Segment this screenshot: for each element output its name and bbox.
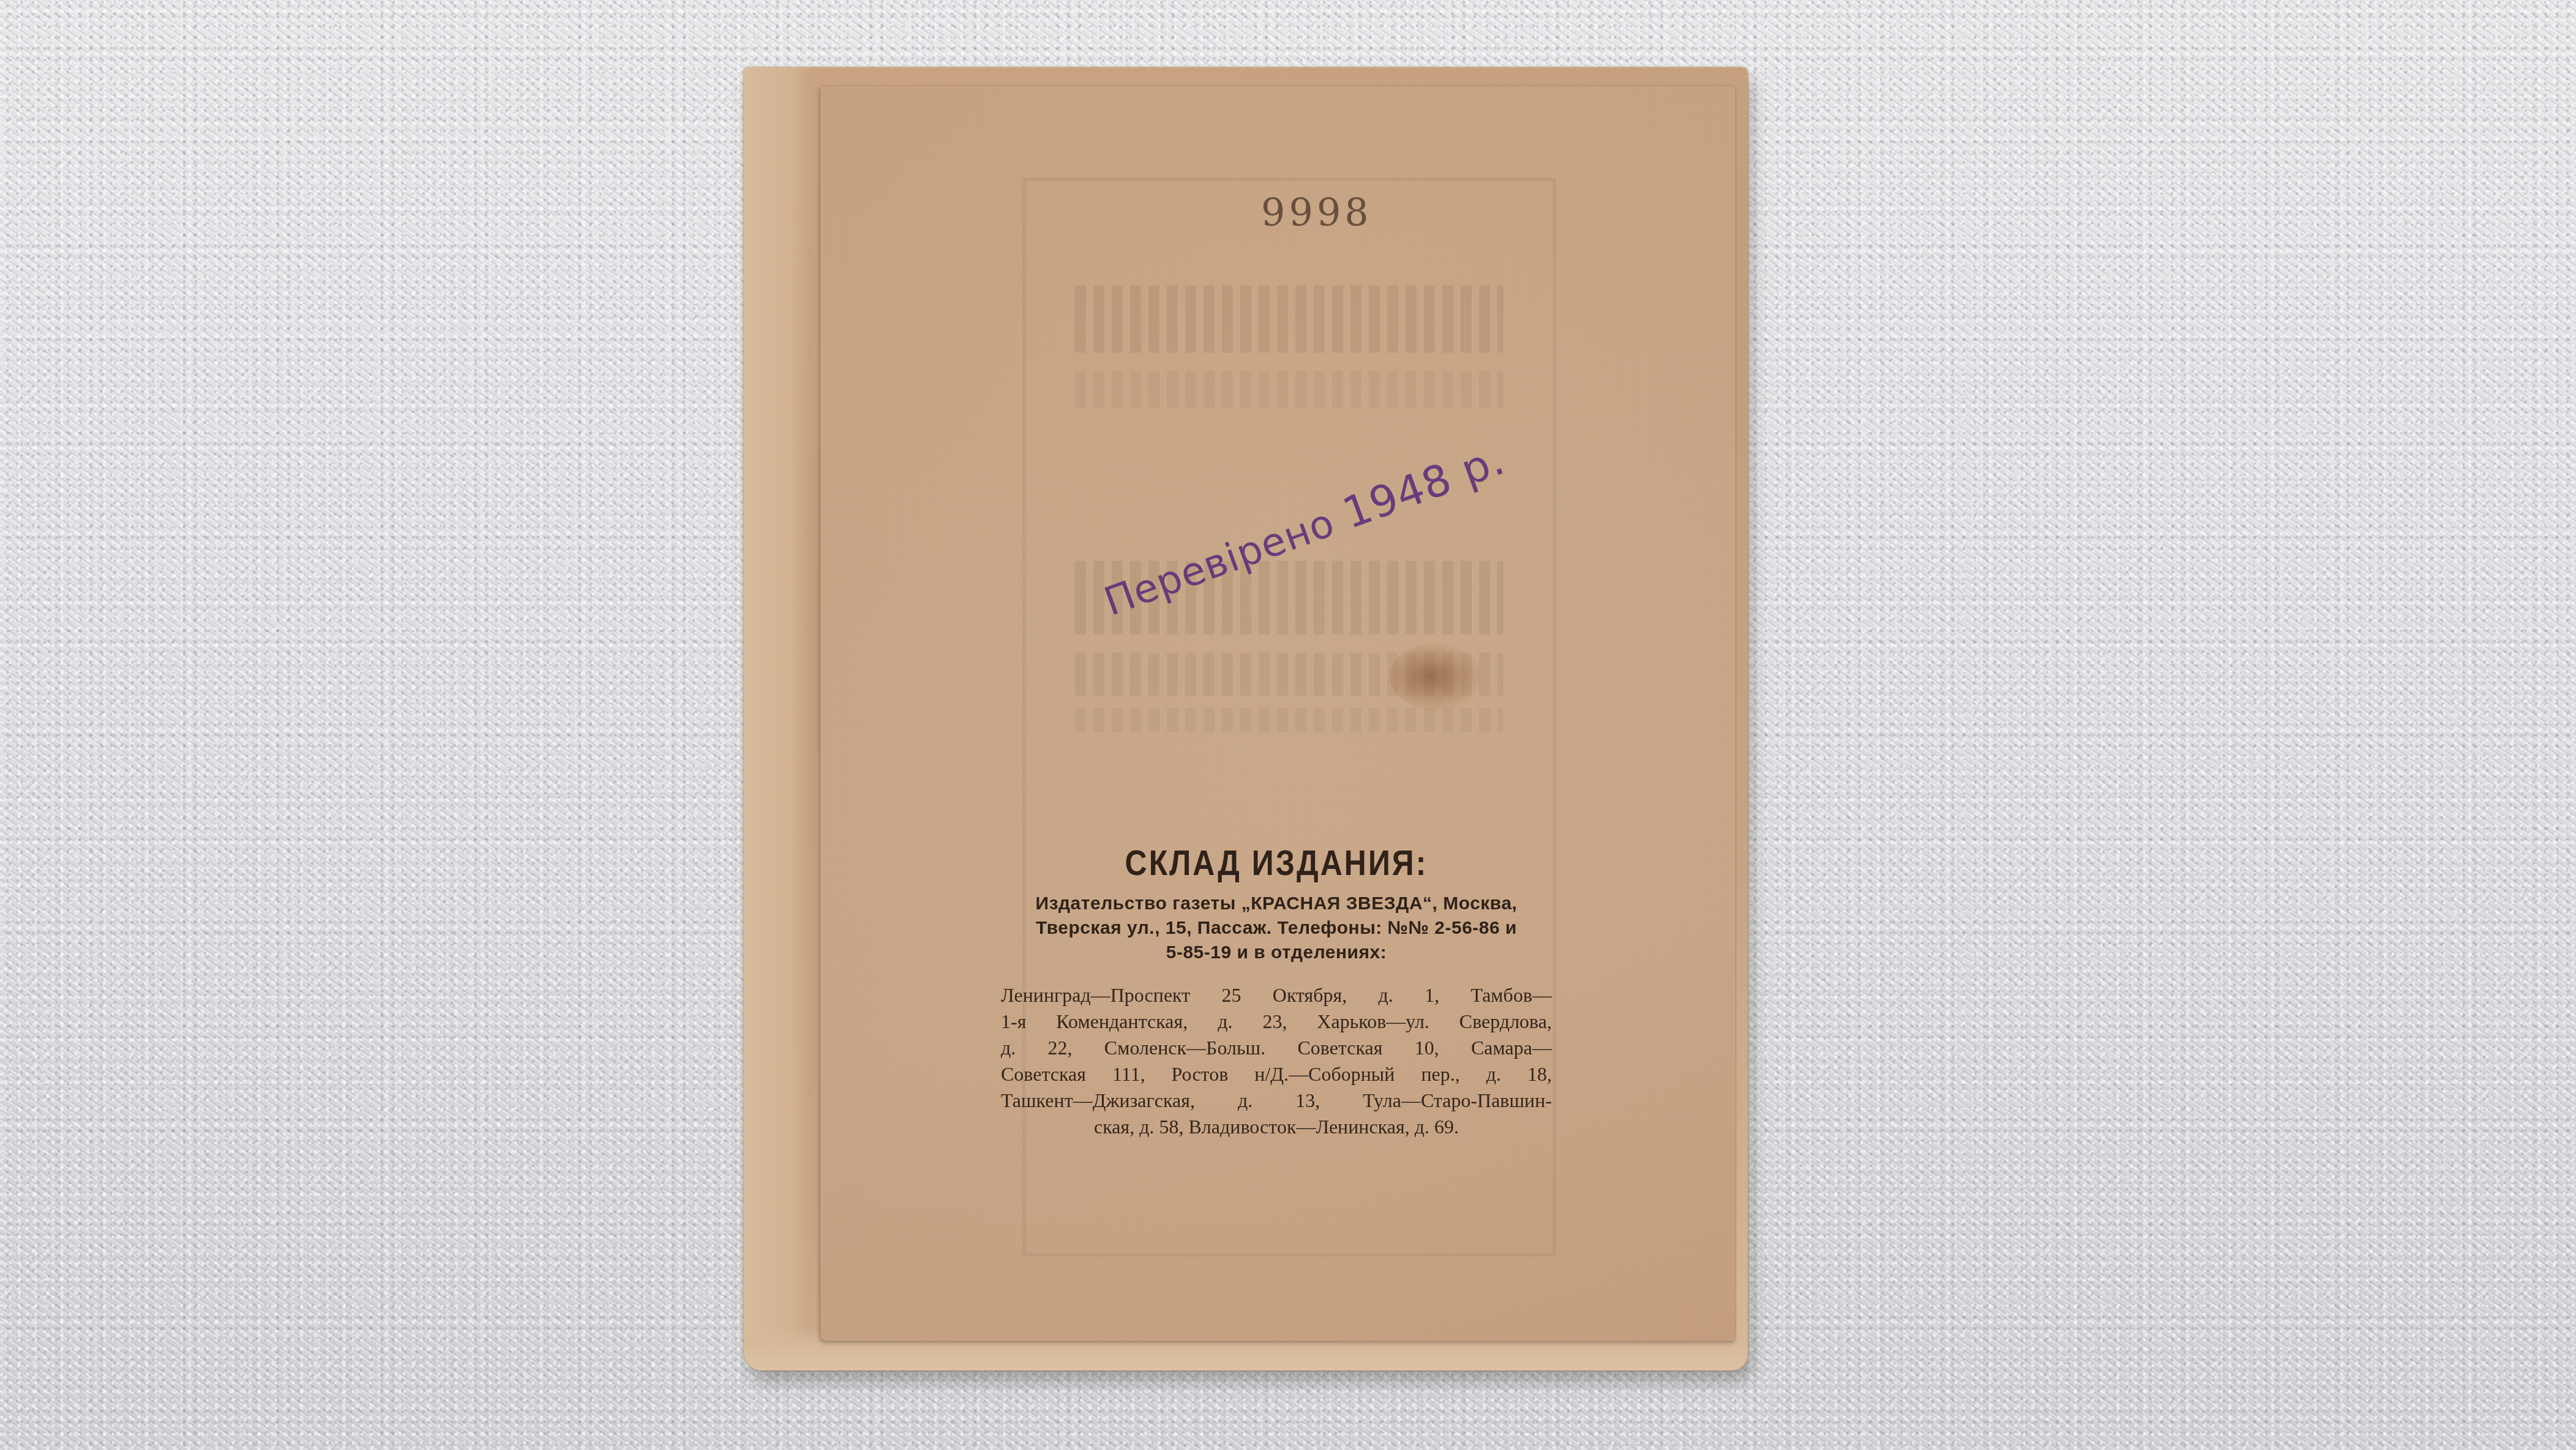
publisher-heading: СКЛАД ИЗДАНИЯ: (1001, 843, 1552, 884)
paper-stain (1390, 643, 1481, 710)
branch-addresses: Ленинград—Проспект 25 Октября, д. 1, Там… (1001, 982, 1552, 1140)
printed-page: 9998 Перевірено1948 р. СКЛАД ИЗДАНИЯ: Из… (820, 86, 1735, 1341)
publisher-line: Издательство газеты „КРАСНАЯ ЗВЕЗДА“, Мо… (1001, 892, 1552, 916)
branch-line: д. 22, Смоленск—Больш. Советская 10, Сам… (1001, 1035, 1552, 1061)
branch-line: ская, д. 58, Владивосток—Ленинская, д. 6… (1001, 1114, 1552, 1140)
show-through-line (1075, 708, 1503, 732)
branch-line: Ташкент—Джизагская, д. 13, Тула—Старо-Па… (1001, 1087, 1552, 1114)
branch-line: 1-я Комендантская, д. 23, Харьков—ул. Св… (1001, 1009, 1552, 1035)
show-through-subtitle (1075, 371, 1503, 408)
branch-line: Ленинград—Проспект 25 Октября, д. 1, Там… (1001, 982, 1552, 1009)
catalog-number: 9998 (1261, 190, 1372, 235)
publisher-block: СКЛАД ИЗДАНИЯ: Издательство газеты „КРАС… (1001, 845, 1552, 1140)
publisher-line: Тверская ул., 15, Пассаж. Телефоны: №№ 2… (1001, 916, 1552, 941)
branch-line: Советская 111, Ростов н/Д.—Соборный пер.… (1001, 1061, 1552, 1087)
publisher-line: 5-85-19 и в отделениях: (1001, 941, 1552, 965)
show-through-title (1075, 285, 1503, 353)
